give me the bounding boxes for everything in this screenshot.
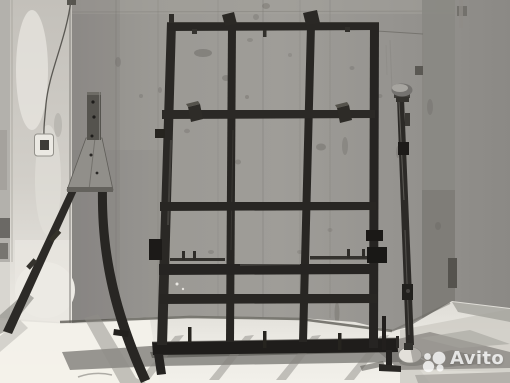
concrete-pillar xyxy=(10,0,75,332)
frame-rail-2 xyxy=(160,202,376,211)
frame-rail-3 xyxy=(159,264,377,275)
frame-rail-4 xyxy=(159,294,377,304)
photo-scene xyxy=(0,0,510,383)
photo-listing-image: Avito xyxy=(0,0,510,383)
door-hinge-upper xyxy=(415,66,423,75)
door-hinge xyxy=(448,258,457,288)
